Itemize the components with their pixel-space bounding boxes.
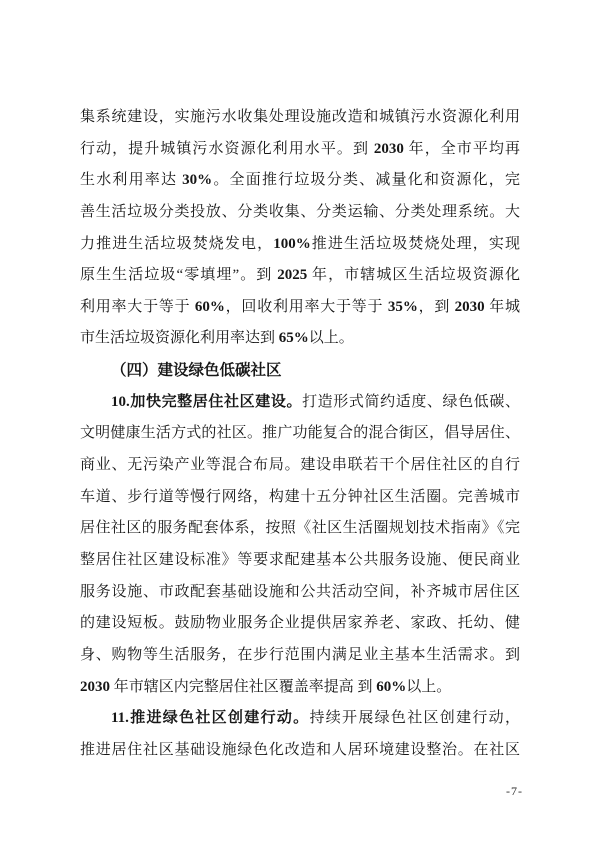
text-line: 2030 年市辖区内完整居住社区覆盖率提高 到 60%以上。	[80, 672, 520, 704]
text-line: 行动，提升城镇污水资源化利用水平。到 2030 年，全市平均再	[80, 134, 520, 166]
text-segment: 2030	[80, 679, 110, 695]
text-line: 生水利用率达 30%。全面推行垃圾分类、减量化和资源化，完	[80, 165, 520, 197]
text-line: 车道、步行道等慢行网络，构建十五分钟社区生活圈。完善城市	[80, 482, 520, 514]
text-line: 善生活垃圾分类投放、分类收集、分类运输、分类处理系统。大	[80, 197, 520, 229]
text-segment: 。全面推行垃圾分类、减量化和资源化，完	[212, 172, 520, 188]
text-line: 原生生活垃圾“零填埋”。到 2025 年，市辖城区生活垃圾资源化	[80, 260, 520, 292]
document-lines: 集系统建设，实施污水收集处理设施改造和城镇污水资源化利用行动，提升城镇污水资源化…	[80, 102, 520, 766]
text-line: 力推进生活垃圾焚烧发电，100%推进生活垃圾焚烧处理，实现	[80, 229, 520, 261]
text-segment: 整居住社区建设标准》等要求配建基本公共服务设施、便民商业	[80, 552, 520, 568]
text-segment: 持续开展绿色社区创建行动，	[309, 710, 520, 726]
section-heading: （四）建设绿色低碳社区	[80, 355, 520, 387]
text-segment: 年城	[485, 299, 520, 315]
text-line: 推进居住社区基础设施绿色化改造和人居环境建设整治。在社区	[80, 735, 520, 767]
text-segment: 力推进生活垃圾焚烧发电，	[80, 236, 273, 252]
text-line: 10.加快完整居住社区建设。打造形式简约适度、绿色低碳、	[80, 387, 520, 419]
text-line: 整居住社区建设标准》等要求配建基本公共服务设施、便民商业	[80, 545, 520, 577]
text-segment: 2025	[277, 267, 307, 283]
text-segment: 生水利用率达	[80, 172, 182, 188]
text-line: 集系统建设，实施污水收集处理设施改造和城镇污水资源化利用	[80, 102, 520, 134]
text-segment: 60%	[195, 299, 225, 315]
text-segment: ，回收利用率大于等于	[225, 299, 388, 315]
text-segment: 30%	[182, 172, 212, 188]
text-line: 服务设施、市政配套基础设施和公共活动空间，补齐城市居住区	[80, 577, 520, 609]
text-segment: 65%	[279, 330, 309, 346]
text-segment: 年市辖区内完整居住社区覆盖率提高 到	[110, 679, 376, 695]
text-line: 利用率大于等于 60%，回收利用率大于等于 35%，到 2030 年城	[80, 292, 520, 324]
text-segment: 10.加快完整居住社区建设。	[111, 394, 302, 410]
text-segment: 35%	[388, 299, 418, 315]
text-segment: 集系统建设，实施污水收集处理设施改造和城镇污水资源化利用	[80, 109, 520, 125]
text-segment: 利用率大于等于	[80, 299, 195, 315]
text-segment: 2030	[374, 141, 404, 157]
text-line: 商业、无污染产业等混合布局。建设串联若干个居住社区的自行	[80, 450, 520, 482]
text-segment: 年，市辖城区生活垃圾资源化	[307, 267, 520, 283]
text-segment: 以上。	[406, 679, 451, 695]
text-segment: 推进居住社区基础设施绿色化改造和人居环境建设整治。在社区	[80, 742, 520, 758]
text-segment: 行动，提升城镇污水资源化利用水平。到	[80, 141, 374, 157]
text-line: 11.推进绿色社区创建行动。持续开展绿色社区创建行动，	[80, 703, 520, 735]
document-page: 集系统建设，实施污水收集处理设施改造和城镇污水资源化利用行动，提升城镇污水资源化…	[0, 0, 600, 848]
text-line: 居住社区的服务配套体系，按照《社区生活圈规划技术指南》《完	[80, 513, 520, 545]
text-segment: 60%	[376, 679, 406, 695]
text-segment: 100%	[273, 236, 311, 252]
text-segment: 原生生活垃圾“零填埋”。到	[80, 267, 277, 283]
text-segment: 11.推进绿色社区创建行动。	[111, 710, 309, 726]
text-segment: 的建设短板。鼓励物业服务企业提供居家养老、家政、托幼、健	[80, 615, 520, 631]
text-segment: ，到	[418, 299, 455, 315]
text-segment: （四）建设绿色低碳社区	[111, 362, 282, 379]
text-line: 文明健康生活方式的社区。推广功能复合的混合街区，倡导居住、	[80, 418, 520, 450]
text-segment: 市生活垃圾资源化利用率达到	[80, 330, 279, 346]
text-segment: 文明健康生活方式的社区。推广功能复合的混合街区，倡导居住、	[80, 425, 520, 441]
text-segment: 服务设施、市政配套基础设施和公共活动空间，补齐城市居住区	[80, 584, 520, 600]
page-number: -7-	[506, 784, 523, 798]
text-segment: 2030	[455, 299, 485, 315]
text-line: 市生活垃圾资源化利用率达到 65%以上。	[80, 323, 520, 355]
text-segment: 年，全市平均再	[404, 141, 520, 157]
text-segment: 商业、无污染产业等混合布局。建设串联若干个居住社区的自行	[80, 457, 520, 473]
text-segment: 身、购物等生活服务，在步行范围内满足业主基本生活需求。到	[80, 647, 520, 663]
text-segment: 以上。	[309, 330, 354, 346]
text-line: 的建设短板。鼓励物业服务企业提供居家养老、家政、托幼、健	[80, 608, 520, 640]
text-segment: 打造形式简约适度、绿色低碳、	[302, 394, 520, 410]
text-segment: 推进生活垃圾焚烧处理，实现	[311, 236, 520, 252]
text-segment: 善生活垃圾分类投放、分类收集、分类运输、分类处理系统。大	[80, 204, 520, 220]
text-segment: 车道、步行道等慢行网络，构建十五分钟社区生活圈。完善城市	[80, 489, 520, 505]
text-segment: 居住社区的服务配套体系，按照《社区生活圈规划技术指南》《完	[80, 520, 520, 536]
text-line: 身、购物等生活服务，在步行范围内满足业主基本生活需求。到	[80, 640, 520, 672]
